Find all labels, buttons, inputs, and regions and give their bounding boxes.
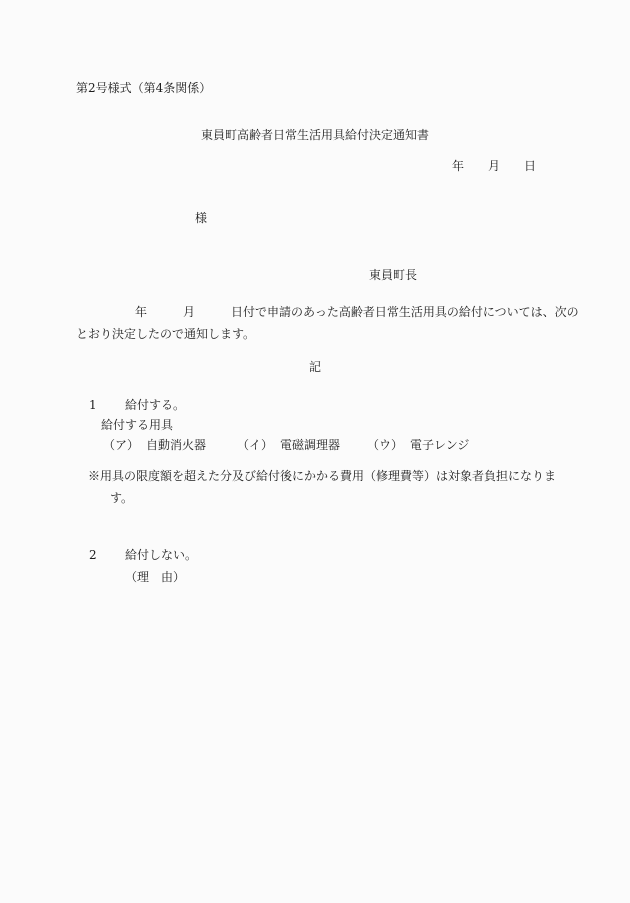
appliance-option-i: （イ）電磁調理器 (237, 436, 340, 453)
item2-reason-label: （理 由） (125, 569, 185, 585)
body-paragraph-line-2: とおり決定したので通知します。 (76, 326, 255, 342)
document-title: 東員町高齢者日常生活用具給付決定通知書 (0, 127, 630, 143)
item1-text: 給付する。 (125, 397, 185, 413)
document-page: 第2号様式（第4条関係） 東員町高齢者日常生活用具給付決定通知書 年 月 日 様… (0, 0, 630, 903)
item2-number: 2 (89, 547, 97, 563)
note-line-2: す。 (110, 490, 133, 506)
appliance-option-a: （ア）自動消火器 (103, 436, 206, 453)
item1-subheading: 給付する用具 (101, 417, 173, 433)
appliance-option-i-name: 電磁調理器 (280, 438, 340, 452)
item1-number: 1 (89, 397, 97, 413)
item2-text: 給付しない。 (125, 547, 197, 563)
issuer-name: 東員町長 (369, 267, 417, 283)
ki-heading: 記 (0, 359, 630, 375)
appliance-option-a-label: （ア） (103, 438, 139, 452)
appliance-option-a-name: 自動消火器 (146, 438, 206, 452)
date-line: 年 月 日 (452, 158, 536, 174)
appliance-option-i-label: （イ） (237, 438, 273, 452)
body-paragraph-line-1: 年 月 日付で申請のあった高齢者日常生活用具の給付については、次の (135, 304, 579, 320)
appliance-option-u: （ウ）電子レンジ (367, 436, 469, 453)
appliance-option-u-label: （ウ） (367, 438, 403, 452)
note-line-1: ※用具の限度額を超えた分及び給付後にかかる費用（修理費等）は対象者負担になりま (88, 468, 556, 484)
form-number: 第2号様式（第4条関係） (76, 80, 211, 96)
addressee-honorific: 様 (195, 210, 207, 226)
appliance-option-u-name: 電子レンジ (410, 438, 469, 452)
